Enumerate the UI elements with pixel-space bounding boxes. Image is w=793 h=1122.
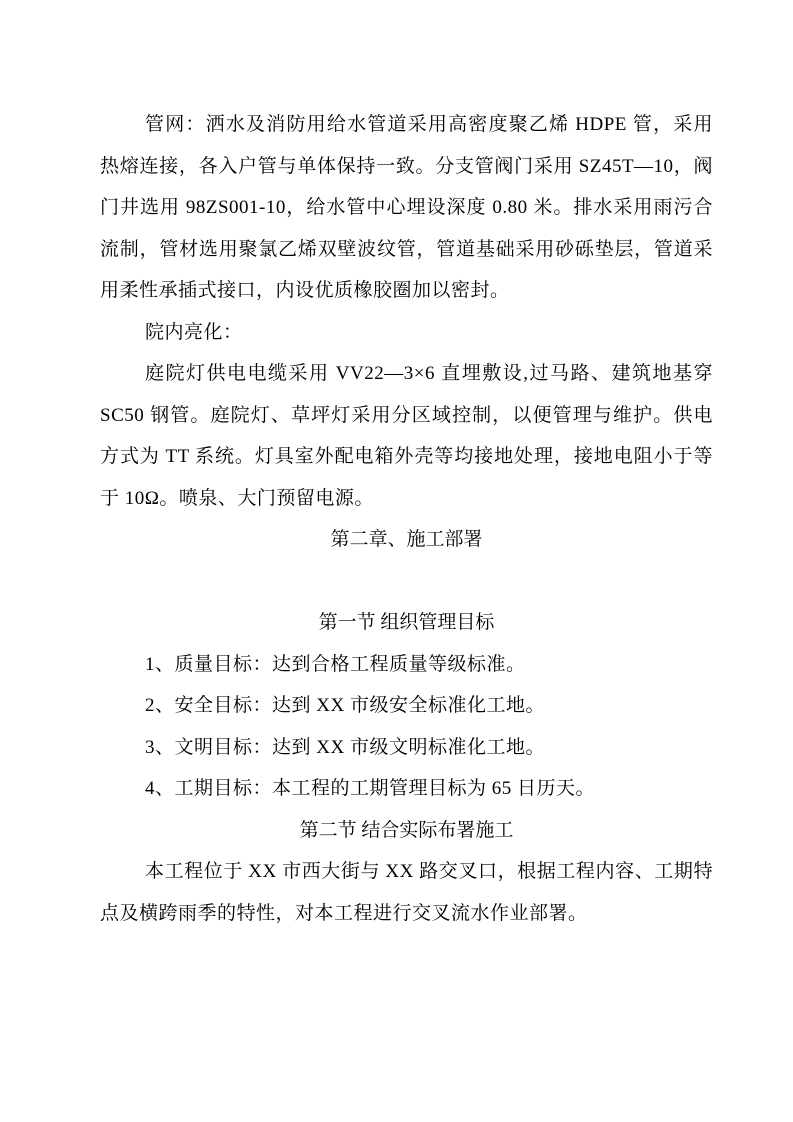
- document-page: 管网：洒水及消防用给水管道采用高密度聚乙烯 HDPE 管，采用热熔连接，各入户管…: [0, 0, 793, 1122]
- paragraph-deployment: 本工程位于 XX 市西大街与 XX 路交叉口，根据工程内容、工期特点及横跨雨季的…: [100, 851, 713, 934]
- goal-item-safety: 2、安全目标：达到 XX 市级安全标准化工地。: [100, 685, 713, 727]
- blank-line: [100, 561, 713, 603]
- goal-item-schedule: 4、工期目标：本工程的工期管理目标为 65 日历天。: [100, 768, 713, 810]
- goal-item-civilized: 3、文明目标：达到 XX 市级文明标准化工地。: [100, 727, 713, 769]
- paragraph-pipe-network: 管网：洒水及消防用给水管道采用高密度聚乙烯 HDPE 管，采用热熔连接，各入户管…: [100, 104, 713, 312]
- section-1-heading: 第一节 组织管理目标: [100, 602, 713, 644]
- paragraph-courtyard-label: 院内亮化：: [100, 312, 713, 354]
- section-2-heading: 第二节 结合实际布署施工: [100, 810, 713, 852]
- paragraph-courtyard-lighting: 庭院灯供电电缆采用 VV22—3×6 直埋敷设,过马路、建筑地基穿 SC50 钢…: [100, 353, 713, 519]
- chapter-2-heading: 第二章、施工部署: [100, 519, 713, 561]
- goal-item-quality: 1、质量目标：达到合格工程质量等级标准。: [100, 644, 713, 686]
